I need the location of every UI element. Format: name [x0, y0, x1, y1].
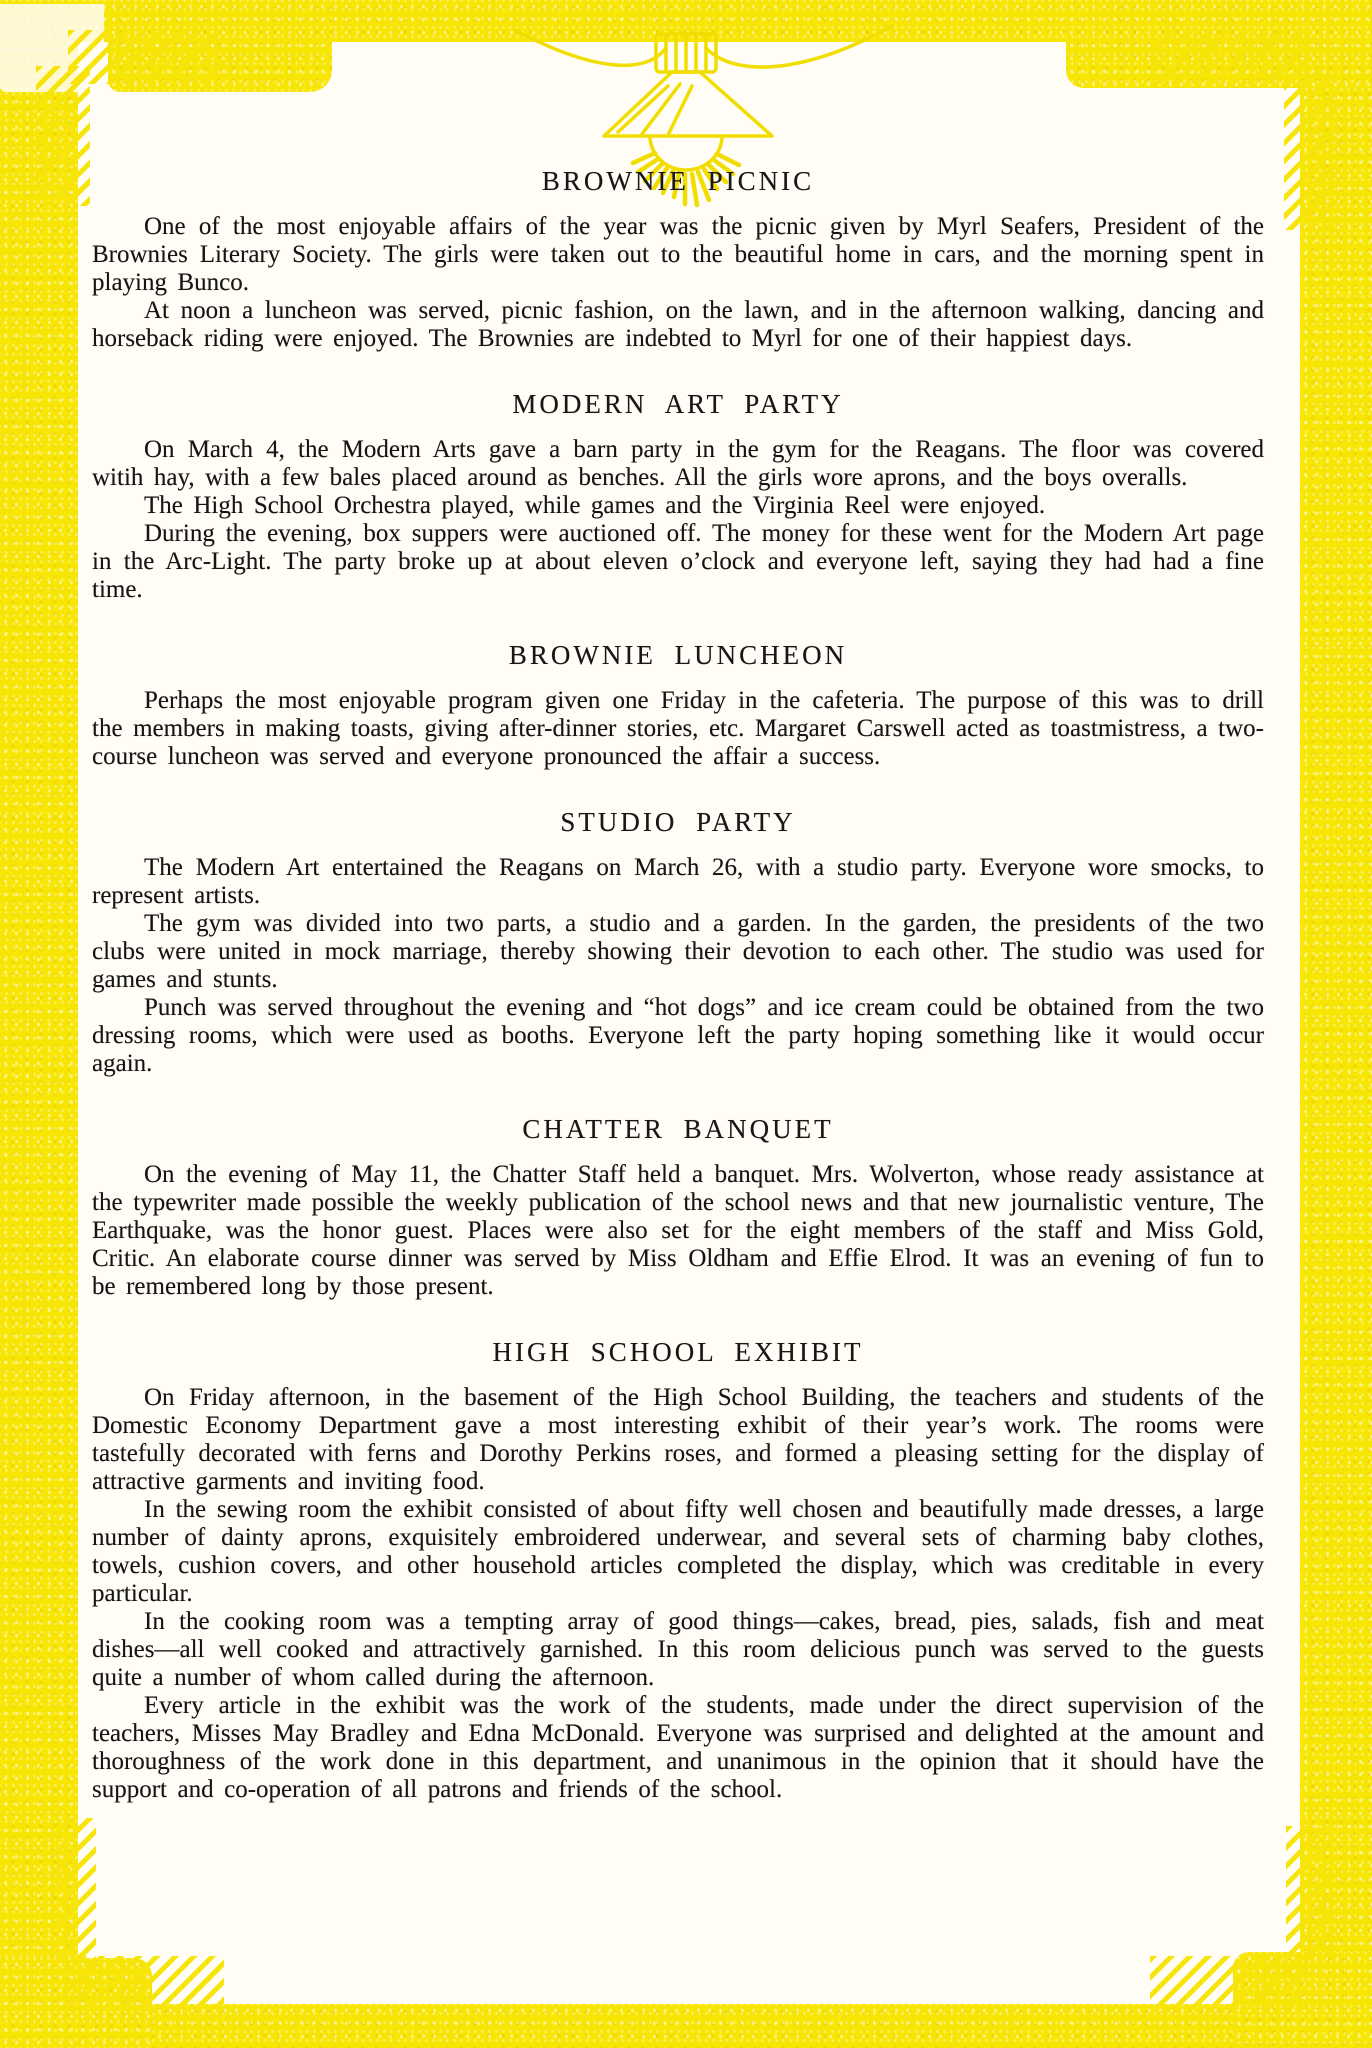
page-content: BROWNIE PICNIC One of the most enjoyable…	[92, 150, 1264, 1804]
paragraph: The Modern Art entertained the Reagans o…	[92, 854, 1264, 910]
section-heading-brownie-picnic: BROWNIE PICNIC	[92, 166, 1264, 197]
paragraph: In the sewing room the exhibit consisted…	[92, 1496, 1264, 1608]
border-left	[0, 30, 78, 2048]
paragraph: Punch was served throughout the evening …	[92, 994, 1264, 1078]
section-heading-brownie-luncheon: BROWNIE LUNCHEON	[92, 640, 1264, 671]
hatch-corner-bottom-left-horizontal	[62, 1956, 224, 2010]
paragraph: During the evening, box suppers were auc…	[92, 520, 1264, 604]
paragraph: The High School Orchestra played, while …	[92, 492, 1264, 520]
border-right	[1300, 26, 1372, 2048]
hatch-corner-top-left-vertical	[36, 66, 90, 206]
yearbook-page: BROWNIE PICNIC One of the most enjoyable…	[0, 0, 1372, 2048]
section-heading-studio-party: STUDIO PARTY	[92, 807, 1264, 838]
hatch-corner-top-left-horizontal	[68, 30, 220, 84]
section-heading-modern-art-party: MODERN ART PARTY	[92, 389, 1264, 420]
hatch-corner-bottom-right-vertical	[1286, 1826, 1332, 1960]
paragraph: On Friday afternoon, in the basement of …	[92, 1384, 1264, 1496]
paragraph: In the cooking room was a tempting array…	[92, 1608, 1264, 1692]
paragraph: The gym was divided into two parts, a st…	[92, 910, 1264, 994]
paragraph: On March 4, the Modern Arts gave a barn …	[92, 436, 1264, 492]
section-heading-high-school-exhibit: HIGH SCHOOL EXHIBIT	[92, 1337, 1264, 1368]
hatch-corner-top-right-vertical	[1284, 66, 1338, 230]
section-heading-chatter-banquet: CHATTER BANQUET	[92, 1114, 1264, 1145]
border-bottom	[0, 2004, 1372, 2048]
paragraph: Perhaps the most enjoyable program given…	[92, 687, 1264, 771]
paragraph: At noon a luncheon was served, picnic fa…	[92, 297, 1264, 353]
paragraph: Every article in the exhibit was the wor…	[92, 1692, 1264, 1804]
paragraph: On the evening of May 11, the Chatter St…	[92, 1161, 1264, 1301]
hatch-corner-bottom-left-vertical	[50, 1818, 96, 1960]
hatch-corner-bottom-right-horizontal	[1150, 1956, 1307, 2010]
paragraph: One of the most enjoyable affairs of the…	[92, 213, 1264, 297]
